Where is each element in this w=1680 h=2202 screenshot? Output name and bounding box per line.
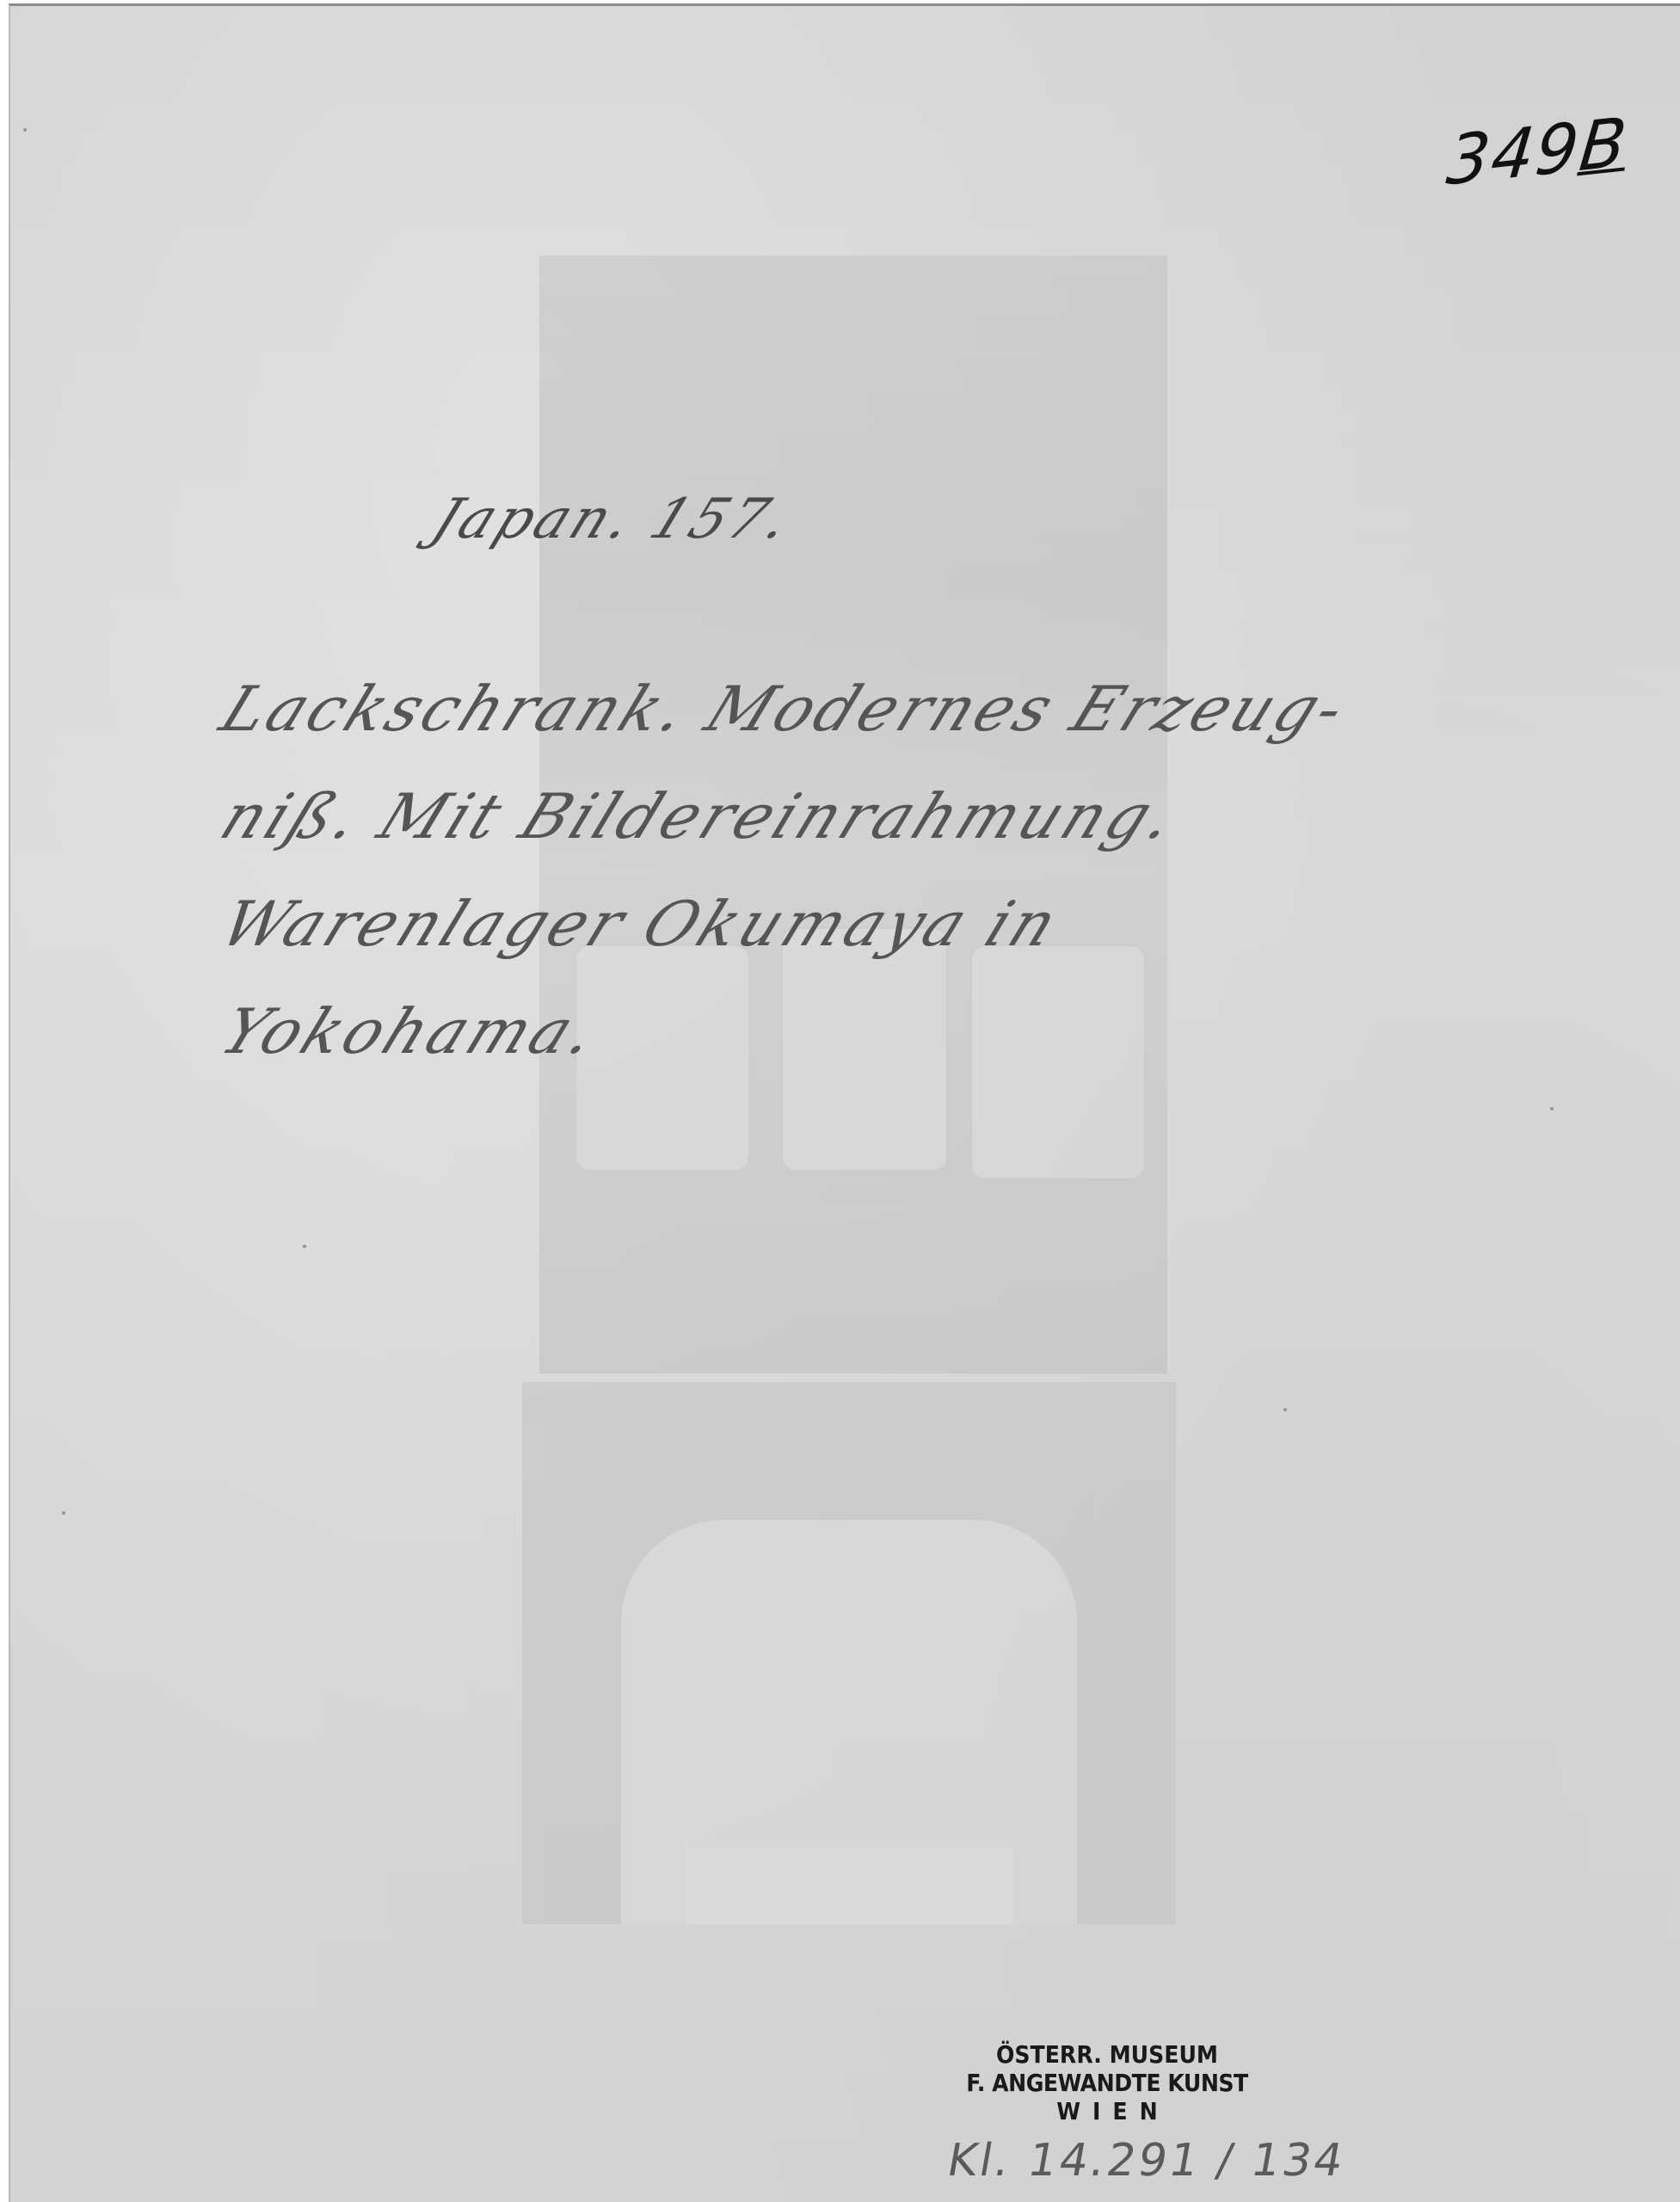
handwritten-description-line-1: Lackschrank. Modernes Erzeug- bbox=[211, 673, 1359, 745]
catalog-number: 349B bbox=[1443, 103, 1632, 201]
stamp-line-2: F. ANGEWANDTE KUNST bbox=[952, 2069, 1262, 2097]
paper-speck bbox=[1283, 1408, 1287, 1412]
cabinet-panel bbox=[969, 944, 1147, 1181]
stamp-line-1: ÖSTERR. MUSEUM bbox=[952, 2040, 1262, 2069]
catalog-number-main: 349 bbox=[1443, 108, 1585, 201]
museum-stamp: ÖSTERR. MUSEUM F. ANGEWANDTE KUNST WIEN bbox=[952, 2040, 1262, 2125]
catalog-number-suffix: B bbox=[1576, 103, 1632, 187]
document-sheet: 349B Japan. 157. Lackschrank. Modernes E… bbox=[9, 3, 1680, 2202]
handwritten-description-line-4: Yokohama. bbox=[211, 995, 611, 1067]
stamp-line-3: WIEN bbox=[952, 2097, 1262, 2125]
paper-speck bbox=[62, 1511, 65, 1515]
paper-speck bbox=[23, 128, 27, 132]
handwritten-heading: Japan. 157. bbox=[423, 488, 803, 551]
cabinet-panel bbox=[780, 926, 949, 1172]
paper-speck bbox=[1550, 1107, 1554, 1110]
cabinet-panel bbox=[574, 944, 751, 1172]
handwritten-description-line-2: niß. Mit Bildereinrahmung. bbox=[211, 780, 1190, 852]
inventory-number: Kl. 14.291 / 134 bbox=[944, 2135, 1350, 2187]
handwritten-description-line-3: Warenlager Okumaya in bbox=[211, 888, 1071, 960]
cabinet-plinth bbox=[686, 1847, 1012, 1924]
paper-speck bbox=[303, 1245, 306, 1248]
